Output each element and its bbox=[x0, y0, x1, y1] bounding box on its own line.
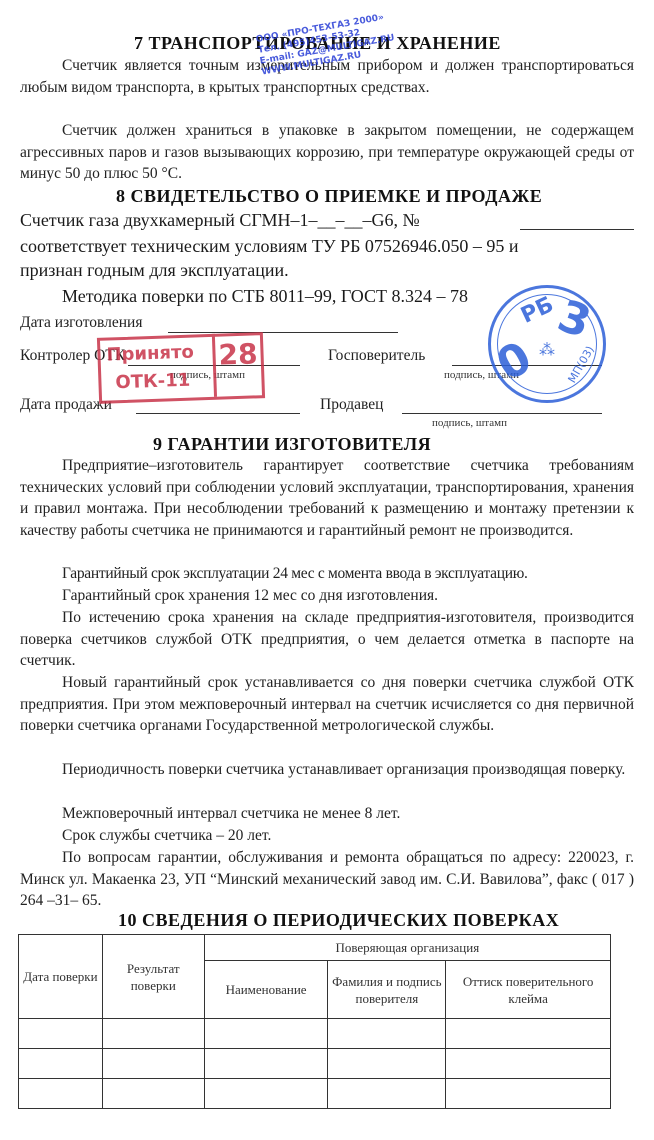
cell-stamp[interactable] bbox=[446, 1079, 611, 1109]
cell-org-name[interactable] bbox=[204, 1049, 328, 1079]
cell-verifier[interactable] bbox=[328, 1079, 446, 1109]
manufacture-date-field[interactable] bbox=[168, 332, 398, 333]
serial-number-field[interactable] bbox=[520, 229, 634, 230]
otk-stamp-line1: Принято bbox=[106, 342, 194, 366]
otk-stamp-line2: ОТК-11 bbox=[115, 370, 190, 394]
seller-label: Продавец bbox=[320, 396, 383, 414]
sale-date-field[interactable] bbox=[136, 413, 300, 414]
section-8-title: 8 СВИДЕТЕЛЬСТВО О ПРИЕМКЕ И ПРОДАЖЕ bbox=[116, 186, 542, 207]
seller-hint: подпись, штамп bbox=[432, 417, 507, 429]
cell-date[interactable] bbox=[19, 1019, 103, 1049]
otk-stamp-divider bbox=[212, 334, 217, 397]
header-verification-date: Дата поверки bbox=[19, 935, 103, 1019]
header-verification-stamp: Оттиск поверительного клейма bbox=[446, 961, 611, 1019]
approval-line: признан годным для эксплуатации. bbox=[20, 258, 289, 282]
verification-method: Методика поверки по СТБ 8011–99, ГОСТ 8.… bbox=[62, 284, 468, 308]
manufacture-date-label: Дата изготовления bbox=[20, 314, 142, 332]
periodic-verification-table: Дата поверки Результат поверки Поверяюща… bbox=[18, 934, 611, 1109]
table-row bbox=[19, 1049, 611, 1079]
section-7-paragraph-2: Счетчик должен храниться в упаковке в за… bbox=[20, 120, 634, 185]
state-verification-stamp: РБ 3 0 ⁂ МП(03) bbox=[488, 285, 606, 403]
otk-stamp-number: 28 bbox=[218, 337, 258, 371]
stamp-emblem-icon: ⁂ bbox=[539, 340, 555, 359]
header-verifying-organization: Поверяющая организация bbox=[204, 935, 610, 961]
cell-date[interactable] bbox=[19, 1049, 103, 1079]
verification-interval: Межповерочный интервал счетчика не менее… bbox=[20, 803, 634, 825]
service-life: Срок службы счетчика – 20 лет. bbox=[20, 825, 634, 847]
cell-result[interactable] bbox=[102, 1019, 204, 1049]
warranty-storage-term: Гарантийный срок хранения 12 мес со дня … bbox=[20, 585, 634, 607]
section-10-title: 10 СВЕДЕНИЯ О ПЕРИОДИЧЕСКИХ ПОВЕРКАХ bbox=[118, 910, 559, 931]
cell-verifier[interactable] bbox=[328, 1019, 446, 1049]
cell-verifier[interactable] bbox=[328, 1049, 446, 1079]
table-row bbox=[19, 1079, 611, 1109]
cell-result[interactable] bbox=[102, 1079, 204, 1109]
verifier-label: Госповеритель bbox=[328, 347, 425, 365]
seller-signature-field[interactable] bbox=[402, 413, 602, 414]
header-verification-result: Результат поверки bbox=[102, 935, 204, 1019]
conformity-line: соответствует техническим условиям ТУ РБ… bbox=[20, 234, 634, 258]
section-9-title: 9 ГАРАНТИИ ИЗГОТОВИТЕЛЯ bbox=[153, 434, 431, 455]
cell-result[interactable] bbox=[102, 1049, 204, 1079]
cell-date[interactable] bbox=[19, 1079, 103, 1109]
warranty-paragraph-new-term: Новый гарантийный срок устанавливается с… bbox=[20, 672, 634, 737]
header-org-name: Наименование bbox=[204, 961, 328, 1019]
header-verifier-signature: Фамилия и подпись поверителя bbox=[328, 961, 446, 1019]
meter-model-line: Счетчик газа двухкамерный СГМН–1–__–__–G… bbox=[20, 208, 420, 232]
cell-stamp[interactable] bbox=[446, 1049, 611, 1079]
cell-org-name[interactable] bbox=[204, 1019, 328, 1049]
contact-address: По вопросам гарантии, обслуживания и рем… bbox=[20, 847, 634, 912]
warranty-paragraph-storage-expiry: По истечению срока хранения на складе пр… bbox=[20, 607, 634, 672]
cell-stamp[interactable] bbox=[446, 1019, 611, 1049]
warranty-paragraph-periodicity: Периодичность поверки счетчика устанавли… bbox=[20, 759, 634, 781]
otk-acceptance-stamp: Принято ОТК-11 28 bbox=[97, 332, 265, 404]
table-row bbox=[19, 1019, 611, 1049]
cell-org-name[interactable] bbox=[204, 1079, 328, 1109]
warranty-operation-term: Гарантийный срок эксплуатации 24 мес с м… bbox=[20, 563, 634, 585]
warranty-paragraph-1: Предприятие–изготовитель гарантирует соо… bbox=[20, 455, 634, 541]
